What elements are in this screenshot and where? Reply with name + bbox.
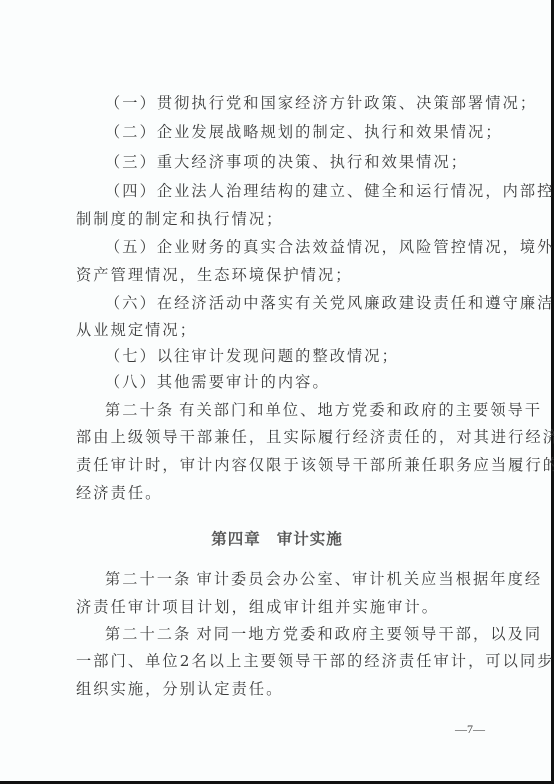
list-item-6: （六）在经济活动中落实有关党风廉政建设责任和遵守廉洁 bbox=[105, 293, 480, 313]
article-22-line-1: 第二十二条对同一地方党委和政府主要领导干部，以及同 bbox=[105, 624, 480, 644]
list-item-4: （四）企业法人治理结构的建立、健全和运行情况，内部控 bbox=[105, 181, 480, 201]
page-number: —7— bbox=[455, 722, 485, 737]
chapter-heading: 第四章审计实施 bbox=[0, 527, 554, 549]
article-22-line-3: 组织实施，分别认定责任。 bbox=[76, 679, 480, 699]
document-page: （一）贯彻执行党和国家经济方针政策、决策部署情况； （二）企业发展战略规划的制定… bbox=[0, 0, 554, 784]
article-21-text: 审计委员会办公室、审计机关应当根据年度经 bbox=[196, 570, 542, 588]
list-item-8: （八）其他需要审计的内容。 bbox=[105, 372, 480, 392]
article-21-line-2: 济责任审计项目计划，组成审计组并实施审计。 bbox=[76, 597, 480, 617]
list-item-2: （二）企业发展战略规划的制定、执行和效果情况； bbox=[105, 122, 480, 142]
list-item-1: （一）贯彻执行党和国家经济方针政策、决策部署情况； bbox=[105, 93, 480, 113]
list-item-5: （五）企业财务的真实合法效益情况，风险管控情况，境外 bbox=[105, 237, 480, 257]
article-21-line-1: 第二十一条审计委员会办公室、审计机关应当根据年度经 bbox=[105, 569, 480, 589]
article-20-line-1: 第二十条有关部门和单位、地方党委和政府的主要领导干 bbox=[105, 400, 480, 420]
list-item-3: （三）重大经济事项的决策、执行和效果情况； bbox=[105, 152, 480, 172]
list-item-6-cont: 从业规定情况； bbox=[76, 320, 480, 340]
article-22-label: 第二十二条 bbox=[105, 625, 191, 643]
article-20-text: 有关部门和单位、地方党委和政府的主要领导干 bbox=[179, 401, 542, 419]
article-22-text: 对同一地方党委和政府主要领导干部，以及同 bbox=[196, 625, 542, 643]
list-item-4-cont: 制制度的制定和执行情况； bbox=[76, 209, 480, 229]
list-item-7: （七）以往审计发现问题的整改情况； bbox=[105, 346, 480, 366]
article-20-line-2: 部由上级领导干部兼任，且实际履行经济责任的，对其进行经济 bbox=[76, 427, 480, 447]
chapter-title: 审计实施 bbox=[277, 530, 343, 548]
article-20-line-4: 经济责任。 bbox=[76, 483, 480, 503]
chapter-number: 第四章 bbox=[211, 530, 261, 548]
article-22-line-2: 一部门、单位2名以上主要领导干部的经济责任审计，可以同步 bbox=[76, 651, 480, 671]
list-item-5-cont: 资产管理情况，生态环境保护情况； bbox=[76, 265, 480, 285]
article-21-label: 第二十一条 bbox=[105, 570, 191, 588]
article-20-label: 第二十条 bbox=[105, 401, 174, 419]
article-20-line-3: 责任审计时，审计内容仅限于该领导干部所兼任职务应当履行的 bbox=[76, 455, 480, 475]
